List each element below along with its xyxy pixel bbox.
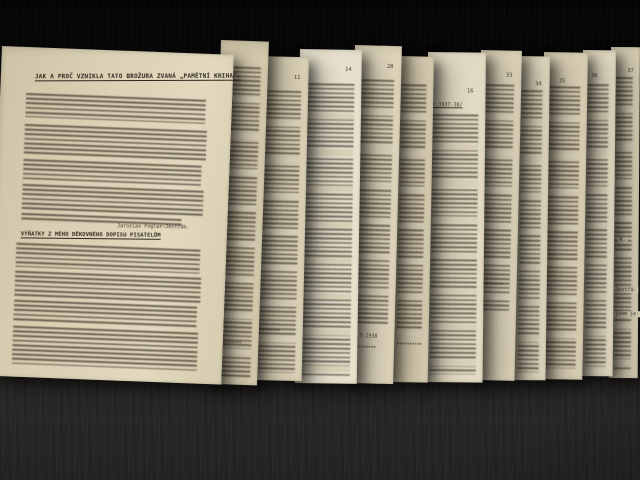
text-fragment: jsem je-	[613, 311, 640, 317]
page-number: 11	[294, 75, 301, 81]
date-fragment: 7-1938	[359, 333, 377, 339]
page-title: JAK A PROČ VZNIKLA TATO BROŽURA ZVANÁ „P…	[35, 73, 231, 81]
typewritten-paragraph	[14, 271, 201, 304]
page-number: 14	[345, 67, 352, 73]
main-document-page: JAK A PROČ VZNIKLA TATO BROŽURA ZVANÁ „P…	[0, 46, 234, 385]
typewritten-paragraph	[22, 184, 204, 217]
section-heading: VÝŇATKY Z MÉHO DĚKOVNÉHO DOPISU PISATELŮ…	[21, 231, 201, 239]
typewritten-paragraph	[13, 300, 197, 329]
typewritten-text-column	[397, 84, 427, 336]
attribution-line: Jaroslav Foglar–Jestřáb.	[117, 223, 189, 230]
photo-of-document-stack: ********** 11 ********** 14 28 7-1938 **…	[0, 0, 640, 480]
typewritten-text-column	[300, 83, 355, 376]
typewritten-paragraph	[23, 159, 202, 186]
asterisk-separator: *********	[481, 282, 504, 289]
typewritten-paragraph	[12, 326, 198, 371]
page-number: 16	[467, 88, 474, 94]
text-fragment: Jestřá-	[613, 287, 638, 293]
page-number: 33	[506, 73, 513, 79]
page-number: 37	[627, 68, 634, 74]
page-number: 34	[535, 81, 542, 87]
asterisk-separator: **********	[396, 342, 421, 348]
date-fragment: r.1937-38/	[432, 102, 462, 108]
page-number: 28	[387, 64, 394, 70]
typewritten-paragraph	[16, 243, 201, 274]
typewritten-text-column	[430, 114, 479, 374]
typewritten-text-column	[614, 77, 633, 370]
typewritten-text-column	[585, 84, 609, 368]
typewritten-paragraph	[24, 124, 207, 161]
page-number: 36	[591, 73, 598, 79]
stacked-page-16: 16 r.1937-38/	[425, 52, 486, 383]
typewritten-paragraph	[25, 93, 206, 124]
page-number: 35	[559, 78, 566, 84]
typewritten-text-column	[518, 90, 543, 372]
text-fragment: K.	[618, 237, 628, 243]
